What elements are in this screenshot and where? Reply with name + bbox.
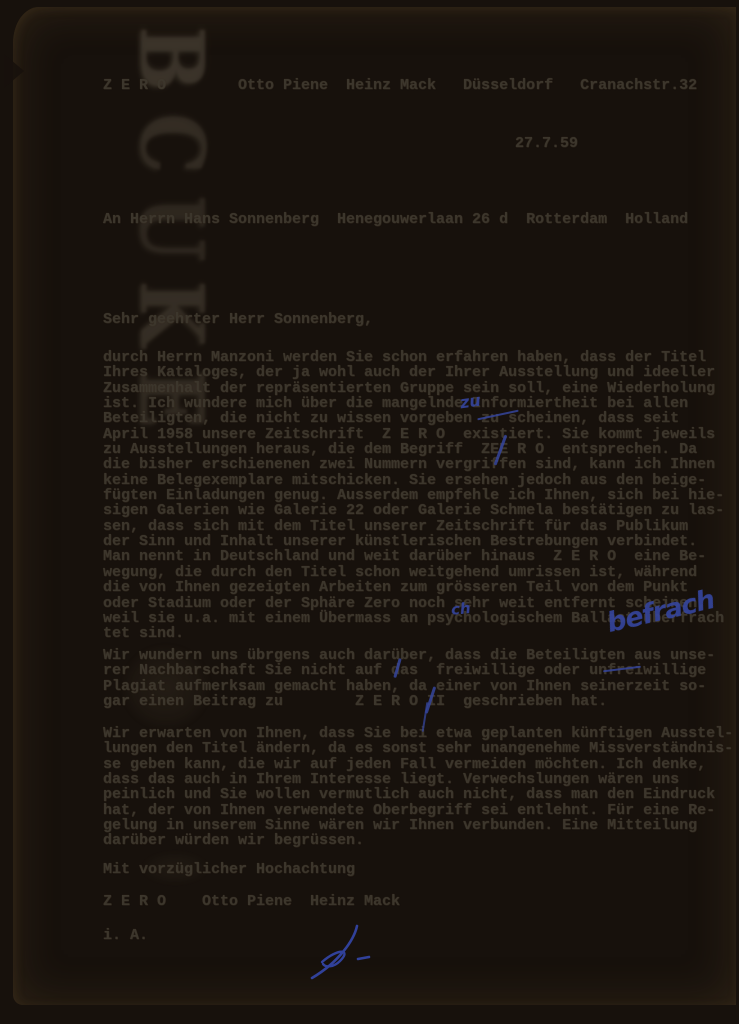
letterhead-line: Z E R O Otto Piene Heinz Mack Düsseldorf… [103,78,697,93]
salutation-line: Sehr geehrter Herr Sonnenberg, [103,312,373,327]
recipient-line: An Herrn Hans Sonnenberg Henegouwerlaan … [103,212,688,227]
closing-line: Mit vorzüglicher Hochachtung [103,862,355,877]
typed-content-layer: Z E R O Otto Piene Heinz Mack Düsseldorf… [0,0,739,1024]
body-paragraph-1: durch Herrn Manzoni werden Sie schon erf… [103,350,724,642]
signature-names-line: Z E R O Otto Piene Heinz Mack [103,894,400,909]
body-paragraph-2: Wir wundern uns übrgens auch darüber, da… [103,648,715,709]
date-line: 27.7.59 [515,136,578,151]
body-paragraph-3: Wir erwarten von Ihnen, dass Sie bei etw… [103,726,733,849]
per-procura-line: i. A. [103,928,148,943]
